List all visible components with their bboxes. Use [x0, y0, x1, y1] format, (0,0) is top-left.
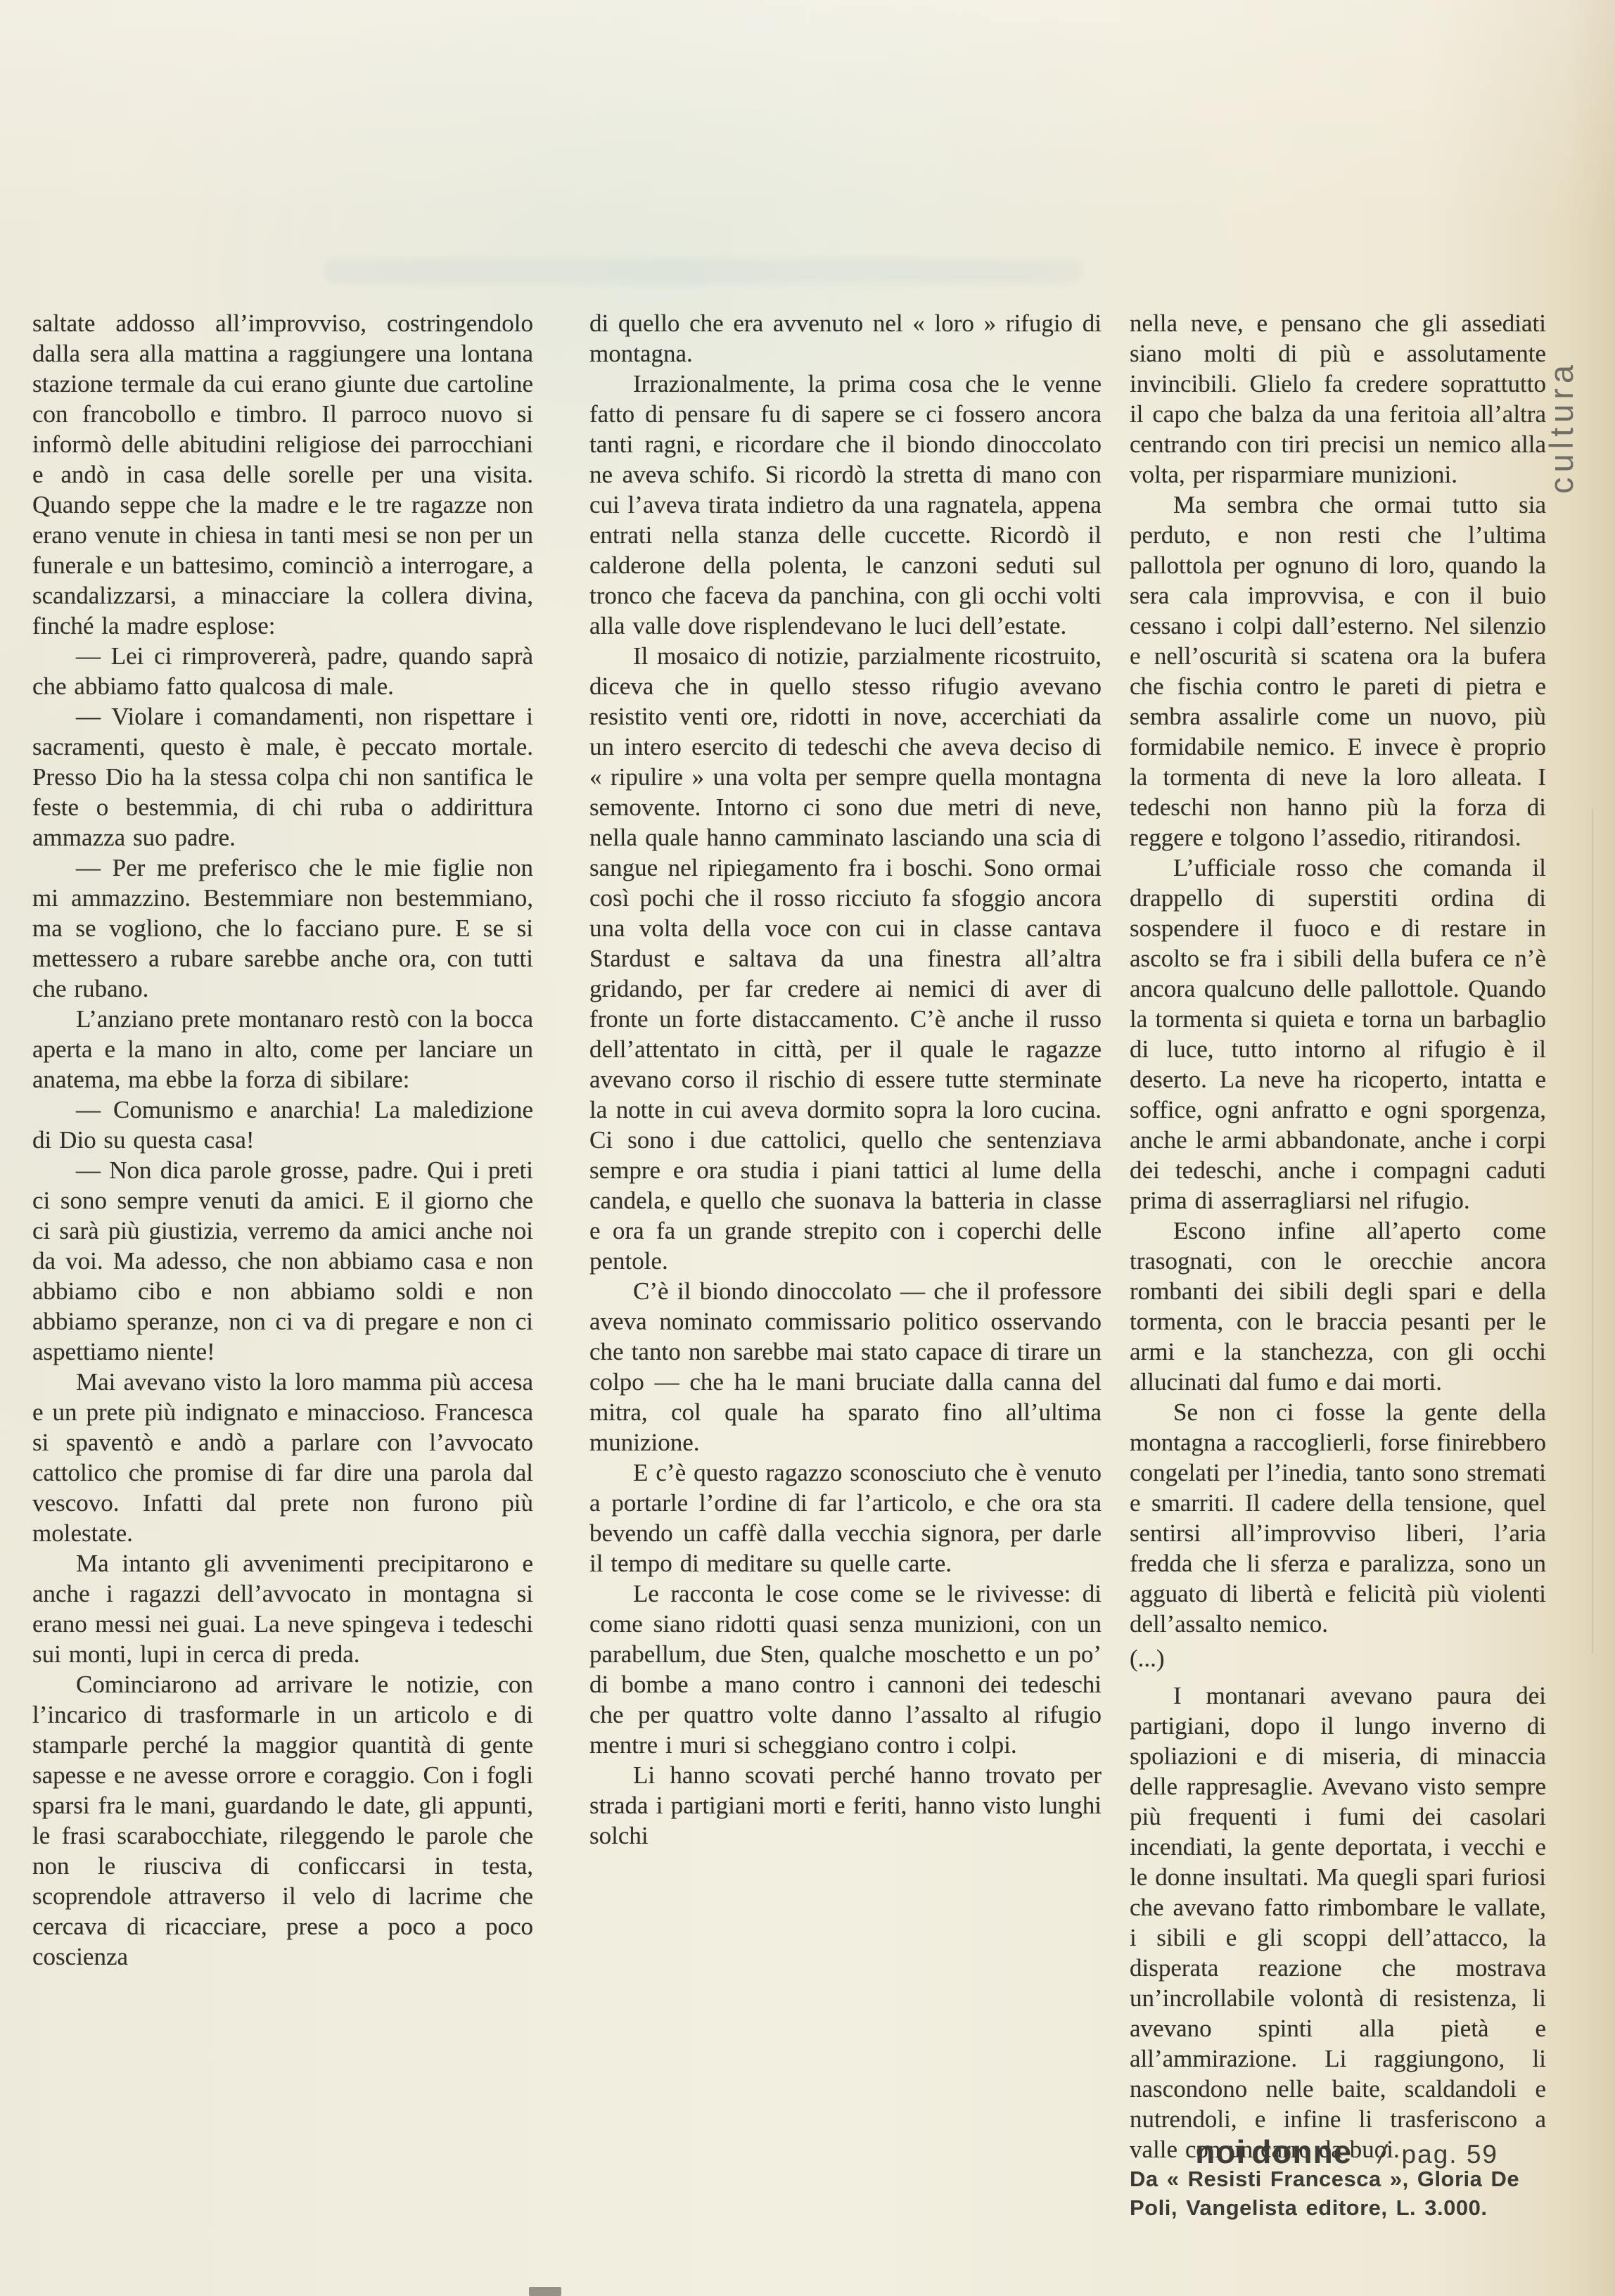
paragraph: Irrazionalmente, la prima cosa che le ve… — [589, 369, 1102, 641]
scan-fold-line — [1592, 809, 1593, 1653]
paragraph: — Lei ci rimprovererà, padre, quando sap… — [32, 641, 533, 701]
paragraph: Escono infine all’aperto come trasognati… — [1130, 1216, 1546, 1397]
paragraph: saltate addosso all’improvviso, costring… — [32, 308, 533, 641]
page-number: pag. 59 — [1402, 2140, 1498, 2169]
text-column-2: di quello che era avvenuto nel « loro » … — [589, 308, 1102, 2165]
print-registration-mark — [529, 2287, 561, 2296]
paragraph: E c’è questo ragazzo sconosciuto che è v… — [589, 1458, 1102, 1579]
paragraph: — Per me preferisco che le mie figlie no… — [32, 853, 533, 1004]
paragraph: — Violare i comandamenti, non rispettare… — [32, 701, 533, 853]
book-credit: Da « Resisti Francesca », Gloria De Poli… — [1130, 2164, 1546, 2222]
paragraph: C’è il biondo dinoccolato — che il profe… — [589, 1276, 1102, 1458]
paragraph: Ma sembra che ormai tutto sia perduto, e… — [1130, 490, 1546, 853]
paragraph: L’anziano prete montanaro restò con la b… — [32, 1004, 533, 1095]
paragraph: Li hanno scovati perché hanno trovato pe… — [589, 1760, 1102, 1851]
paragraph: Mai avevano visto la loro mamma più acce… — [32, 1367, 533, 1548]
paragraph: di quello che era avvenuto nel « loro » … — [589, 308, 1102, 369]
text-column-3: nella neve, e pensano che gli assediati … — [1130, 308, 1546, 2250]
paragraph: Se non ci fosse la gente della montagna … — [1130, 1397, 1546, 1639]
magazine-page: cultura saltate addosso all’improvviso, … — [0, 0, 1615, 2296]
paragraph: Ma intanto gli avvenimenti precipitarono… — [32, 1548, 533, 1669]
magazine-logo: donne — [1251, 2133, 1352, 2171]
paragraph-ellipsis: (...) — [1130, 1643, 1546, 1673]
paragraph: — Non dica parole grosse, padre. Qui i p… — [32, 1155, 533, 1367]
footer-separator: / — [1376, 2140, 1389, 2169]
section-label-cultura: cultura — [1542, 360, 1581, 494]
paragraph: Le racconta le cose come se le rivivesse… — [589, 1579, 1102, 1760]
paragraph: I montanari avevano paura dei partigiani… — [1130, 1680, 1546, 2164]
magazine-logo: noi — [1195, 2133, 1246, 2171]
paragraph: Il mosaico di notizie, parzialmente rico… — [589, 641, 1102, 1276]
text-column-1: saltate addosso all’improvviso, costring… — [32, 308, 533, 2165]
print-showthrough-artifact — [324, 259, 1083, 284]
page-footer: noi donne / pag. 59 — [1195, 2133, 1498, 2171]
paragraph: nella neve, e pensano che gli assediati … — [1130, 308, 1546, 490]
paragraph: L’ufficiale rosso che comanda il drappel… — [1130, 853, 1546, 1216]
paragraph: Cominciarono ad arrivare le notizie, con… — [32, 1669, 533, 1972]
paragraph: — Comunismo e anarchia! La maledizione d… — [32, 1095, 533, 1155]
